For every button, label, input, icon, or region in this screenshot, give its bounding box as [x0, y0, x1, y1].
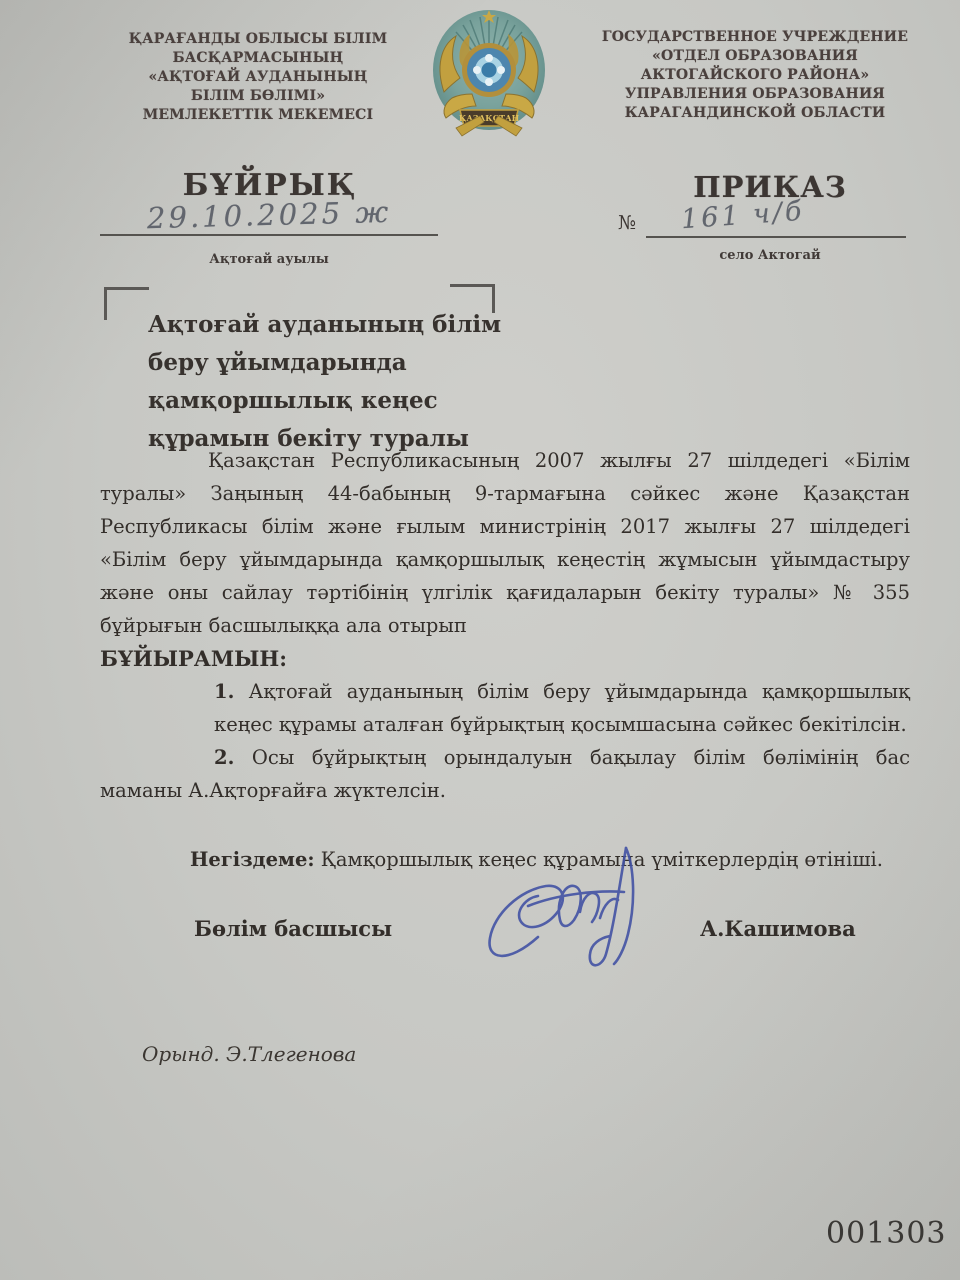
org-line: ГОСУДАРСТВЕННОЕ УЧРЕЖДЕНИЕ [578, 28, 932, 47]
handwritten-number: 161 ч/б [680, 196, 805, 236]
preamble-paragraph: Қазақстан Республикасының 2007 жылғы 27 … [100, 444, 910, 642]
subject-line: беру ұйымдарында [148, 344, 528, 382]
item-text: Ақтоғай ауданының білім беру ұйымдарында… [214, 680, 910, 736]
org-name-russian: ГОСУДАРСТВЕННОЕ УЧРЕЖДЕНИЕ «ОТДЕЛ ОБРАЗО… [578, 28, 932, 123]
org-line: ҚАРАҒАНДЫ ОБЛЫСЫ БІЛІМ [86, 30, 430, 49]
signer-position: Бөлім басшысы [194, 912, 392, 945]
org-line: АКТОГАЙСКОГО РАЙОНА» [578, 66, 932, 85]
order-number-line: 161 ч/б [646, 194, 906, 238]
org-line: УПРАВЛЕНИЯ ОБРАЗОВАНИЯ [578, 85, 932, 104]
org-name-kazakh: ҚАРАҒАНДЫ ОБЛЫСЫ БІЛІМ БАСҚАРМАСЫНЫҢ «АҚ… [86, 30, 430, 125]
executor-line: Орынд. Э.Тлегенова [142, 1038, 910, 1071]
subject-line: Ақтоғай ауданының білім [148, 306, 528, 344]
order-body: Қазақстан Республикасының 2007 жылғы 27 … [100, 444, 910, 1071]
order-item-1: 1. Ақтоғай ауданының білім беру ұйымдары… [214, 675, 910, 741]
emblem-banner-text: ҚАЗАҚСТАН [459, 113, 520, 123]
org-line: БІЛІМ БӨЛІМІ» [86, 87, 430, 106]
scanned-order-document: ҚАРАҒАНДЫ ОБЛЫСЫ БІЛІМ БАСҚАРМАСЫНЫҢ «АҚ… [0, 0, 960, 1280]
order-item-2: 2. Осы бұйрықтың орындалуын бақылау білі… [100, 741, 910, 807]
kazakhstan-coat-of-arms-icon: ҚАЗАҚСТАН [430, 6, 548, 144]
order-date-line: 29.10.2025 ж [100, 194, 438, 236]
order-subject: Ақтоғай ауданының білім беру ұйымдарында… [148, 306, 528, 458]
signer-name: А.Кашимова [700, 912, 856, 945]
org-line: «ОТДЕЛ ОБРАЗОВАНИЯ [578, 47, 932, 66]
org-line: КАРАГАНДИНСКОЙ ОБЛАСТИ [578, 104, 932, 123]
item-number: 1. [214, 680, 234, 703]
signature-row: Бөлім басшысы А.Кашимова [100, 904, 910, 950]
signature-ink [468, 842, 683, 982]
org-line: «АҚТОҒАЙ АУДАНЫНЫҢ [86, 68, 430, 87]
basis-label: Негіздеме: [190, 848, 315, 871]
form-number: 001303 [826, 1216, 947, 1251]
place-kazakh: Ақтоғай ауылы [100, 252, 438, 267]
number-sign: № [618, 212, 636, 234]
handwritten-date: 29.10.2025 ж [146, 195, 391, 235]
place-russian: село Актогай [630, 248, 910, 263]
corner-mark-left [104, 287, 149, 320]
subject-line: қамқоршылық кеңес [148, 382, 528, 420]
resolve-word: БҰЙЫРАМЫН: [100, 642, 910, 675]
org-line: МЕМЛЕКЕТТІК МЕКЕМЕСІ [86, 106, 430, 125]
item-number: 2. [214, 746, 234, 769]
org-line: БАСҚАРМАСЫНЫҢ [86, 49, 430, 68]
